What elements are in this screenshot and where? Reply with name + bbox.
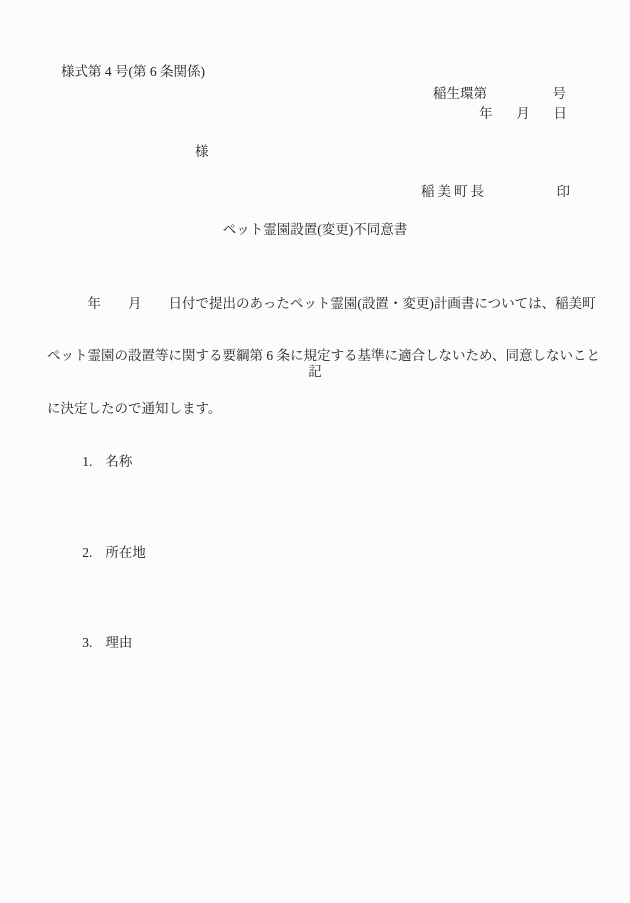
- list-item: 1.名称: [62, 438, 146, 454]
- date-month-label: 月: [516, 106, 530, 122]
- addressee-honorific: 様: [195, 144, 209, 160]
- list-item-number: 2.: [82, 545, 92, 560]
- document-page: 様式第 4 号(第 6 条関係) 稲生環第 号 年 月 日 様 稲美町長 印 ペ…: [0, 0, 630, 903]
- body-line: 年 月 日付で提出のあったペット霊園(設置・変更)計画書については、稲美町: [47, 294, 587, 314]
- list-item: 2.所在地: [62, 529, 146, 545]
- document-number-line: 稲生環第 号: [433, 86, 566, 102]
- issuer-seal-mark: 印: [557, 184, 571, 200]
- list-header-ki: 記: [0, 364, 630, 380]
- form-number: 様式第 4 号(第 6 条関係): [61, 64, 205, 80]
- list-item-number: 3.: [82, 635, 92, 650]
- date-day-label: 日: [554, 106, 568, 122]
- date-year-label: 年: [479, 106, 493, 122]
- list-item-number: 1.: [82, 454, 92, 469]
- issuer-title: 稲美町長: [421, 184, 487, 200]
- item-list: 1.名称 2.所在地 3.理由: [62, 406, 146, 710]
- document-number-prefix: 稲生環第: [433, 86, 487, 102]
- list-item-label: 名称: [105, 454, 132, 469]
- document-number-suffix: 号: [553, 86, 567, 102]
- list-item: 3.理由: [62, 619, 146, 635]
- list-item-label: 所在地: [105, 545, 146, 560]
- issuer-line: 稲美町長 印: [421, 184, 570, 200]
- date-line: 年 月 日: [479, 106, 567, 122]
- document-title: ペット霊園設置(変更)不同意書: [0, 222, 630, 238]
- list-item-label: 理由: [105, 635, 132, 650]
